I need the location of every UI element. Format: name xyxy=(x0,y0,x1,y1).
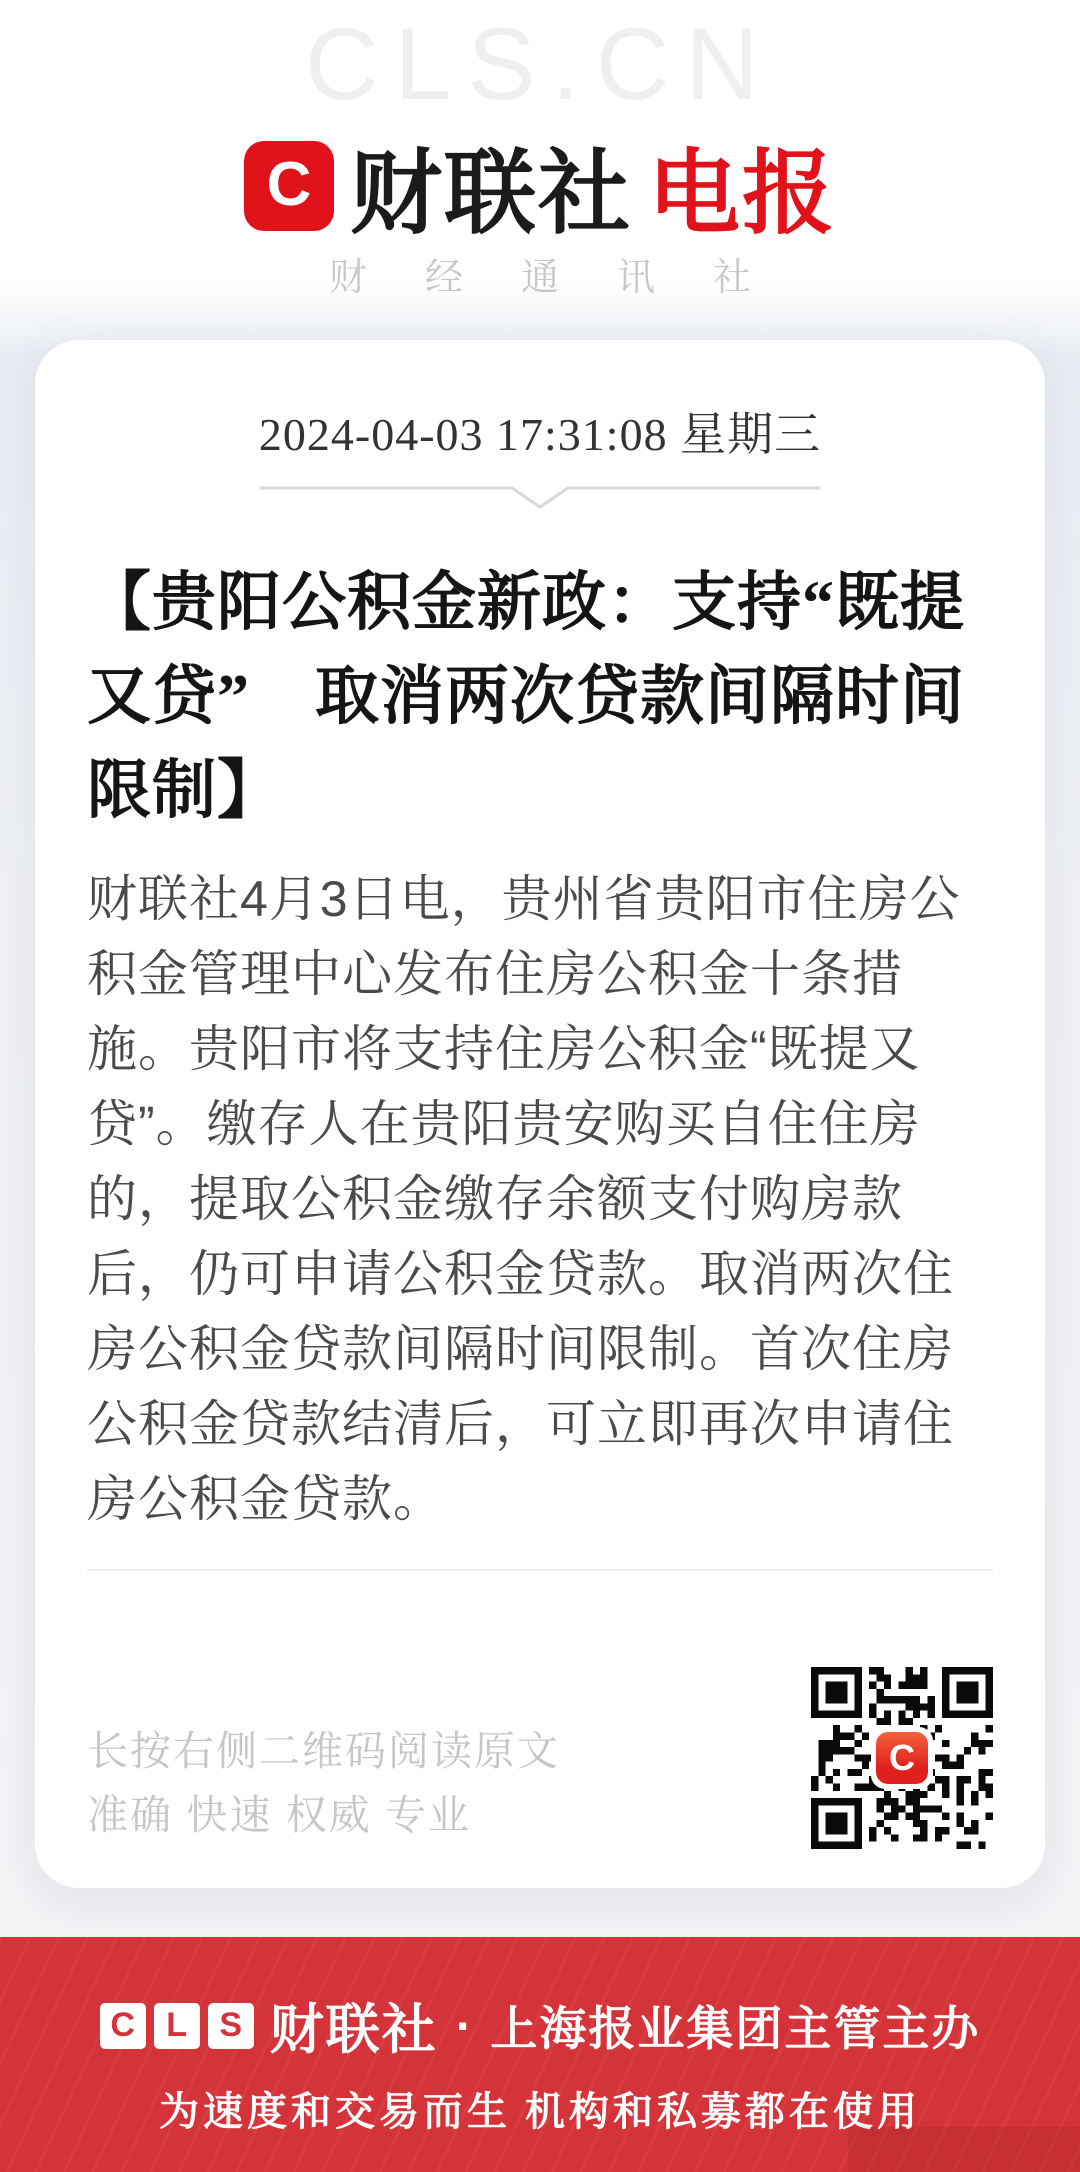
masthead-tagline: 财经通讯社 xyxy=(0,246,1080,301)
footer-organizer: 上海报业集团主管主办 xyxy=(490,1992,980,2059)
qr-hint-line2: 准确 快速 权威 专业 xyxy=(87,1783,560,1847)
cls-letter-boxes: C L S xyxy=(100,2003,254,2049)
card-divider xyxy=(87,1569,993,1571)
qr-center-logo-letter: C xyxy=(889,1737,915,1779)
qr-hints: 长按右侧二维码阅读原文 准确 快速 权威 专业 xyxy=(87,1719,560,1849)
cls-letter-c: C xyxy=(110,2006,135,2045)
brand-name-black: 财联社 xyxy=(350,120,632,252)
footer-separator-dot: · xyxy=(456,1997,473,2055)
brand-name-red: 电报 xyxy=(648,120,836,252)
masthead-tagline-text: 财经通讯社 xyxy=(329,257,809,299)
watermark-text: CLS.CN xyxy=(0,6,1080,123)
news-body: 财联社4月3日电，贵州省贵阳市住房公积金管理中心发布住房公积金十条措施。贵阳市将… xyxy=(87,862,993,1537)
masthead-logo: C 财联社电报 xyxy=(0,120,1080,252)
cls-app-icon: C xyxy=(244,141,334,231)
news-datetime: 2024-04-03 17:31:08 星期三 xyxy=(87,340,993,464)
card-footer: 长按右侧二维码阅读原文 准确 快速 权威 专业 C xyxy=(87,1667,993,1849)
cls-letter-box-l: L xyxy=(154,2003,200,2049)
cls-app-icon-letter: C xyxy=(267,149,312,220)
footer-corner-overlay xyxy=(848,2127,1080,2172)
notch-divider xyxy=(260,486,820,512)
cls-letter-box-s: S xyxy=(208,2003,254,2049)
cls-letter-box-c: C xyxy=(100,2003,146,2049)
qr-center-logo-badge: C xyxy=(876,1732,928,1784)
qr-hint-line1: 长按右侧二维码阅读原文 xyxy=(87,1719,560,1783)
qr-code[interactable]: C xyxy=(811,1667,993,1849)
qr-center-logo: C xyxy=(871,1727,933,1789)
footer-brand-row: C L S 财联社 · 上海报业集团主管主办 xyxy=(0,1987,1080,2064)
footer-brand-name: 财联社 xyxy=(270,1987,438,2064)
news-card: 2024-04-03 17:31:08 星期三 【贵阳公积金新政：支持“既提又贷… xyxy=(35,340,1045,1888)
cls-letter-l: L xyxy=(166,2006,187,2045)
cls-letter-s: S xyxy=(219,2006,242,2045)
news-headline: 【贵阳公积金新政：支持“既提又贷” 取消两次贷款间隔时间限制】 xyxy=(87,556,993,838)
app-footer-banner: C L S 财联社 · 上海报业集团主管主办 为速度和交易而生 机构和私募都在使… xyxy=(0,1937,1080,2172)
